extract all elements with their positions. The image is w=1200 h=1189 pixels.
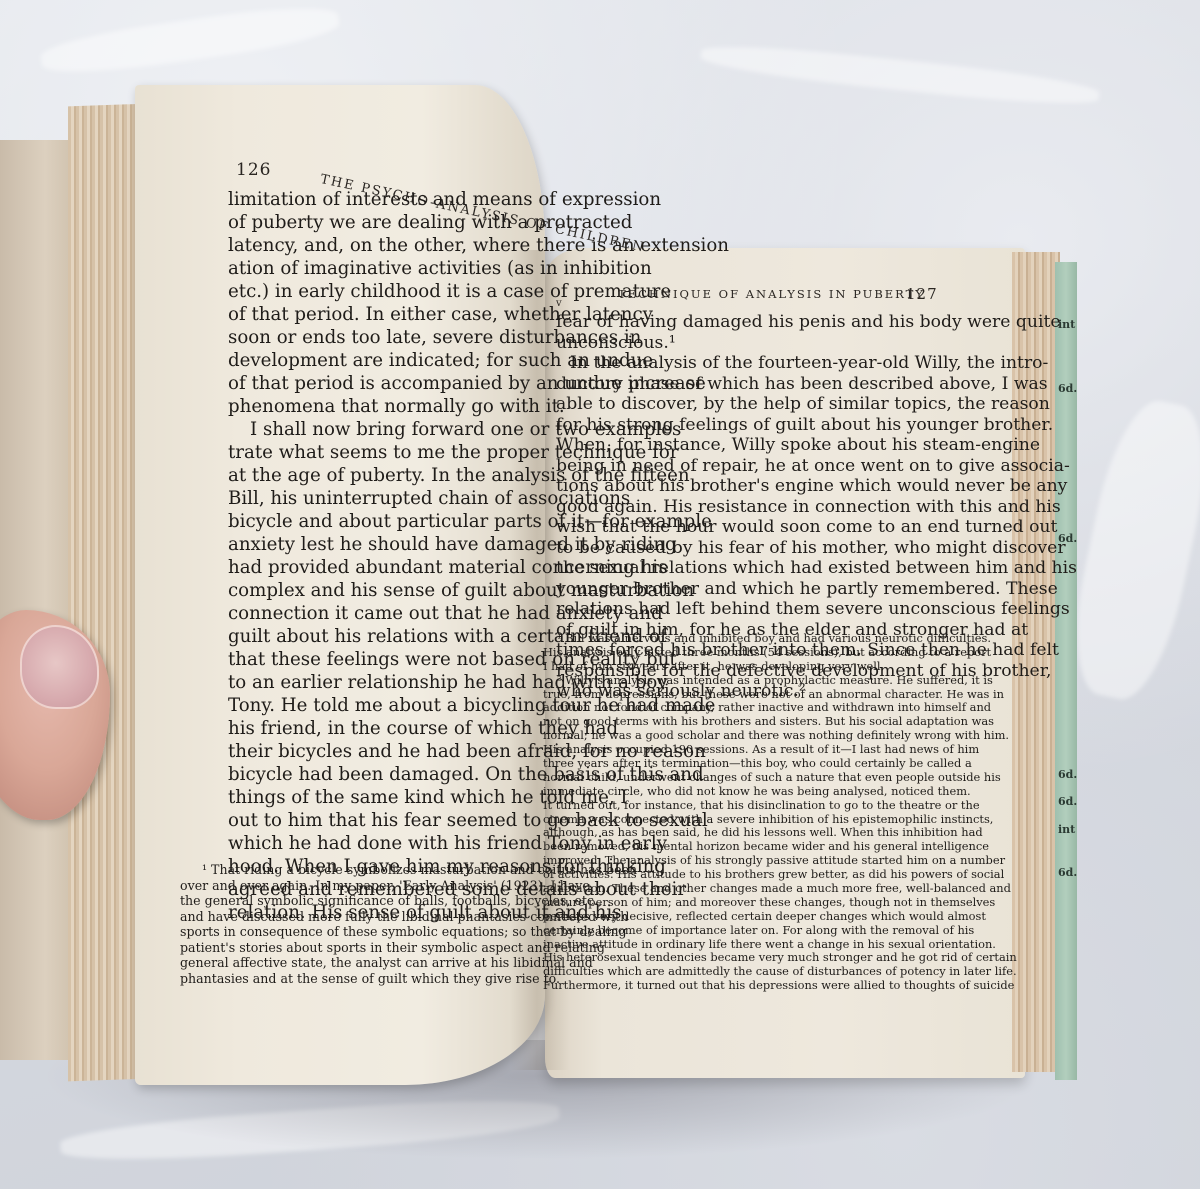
- text-line: for his strong feelings of guilt about h…: [556, 415, 1077, 436]
- footnote-line: immediate circle, who did not know he wa…: [543, 785, 1017, 799]
- cover-label: 6d.: [1058, 768, 1077, 781]
- text-line: being in need of repair, he at once went…: [556, 456, 1077, 477]
- footnote-line: ² Willy's analysis was intended as a pro…: [543, 674, 1017, 688]
- back-page-stack: [0, 140, 75, 1060]
- running-head-right: TECHNIQUE OF ANALYSIS IN PUBERTY: [618, 287, 925, 301]
- paper-crease: [1060, 393, 1200, 707]
- text-line: tions about his brother's engine which w…: [556, 476, 1077, 497]
- footnote-line: addition not fond of company, rather ina…: [543, 701, 1017, 715]
- page-number-left: 126: [236, 160, 271, 180]
- text-line: wish that the hour would soon come to an…: [556, 517, 1077, 538]
- footnote-line: mature person of him; and moreover these…: [543, 896, 1017, 910]
- paper-crease: [700, 39, 1101, 111]
- footnote-line: cinema was connected with a severe inhib…: [543, 813, 1017, 827]
- footnote-line: I had of him six years after it, he was …: [543, 660, 1017, 674]
- text-line: younger brother and which he partly reme…: [556, 579, 1077, 600]
- cover-label: int: [1058, 823, 1075, 836]
- footnote-line: inactive attitude in ordinary life there…: [543, 938, 1017, 952]
- text-line: ductory phase of which has been describe…: [556, 374, 1077, 395]
- text-line: ation of imaginative activities (as in i…: [228, 257, 729, 280]
- footnote-line: His heterosexual tendencies became very …: [543, 951, 1017, 965]
- text-line: latency, and, on the other, where there …: [228, 234, 729, 257]
- footnote-line: Furthermore, it turned out that his depr…: [543, 979, 1017, 993]
- footnote-line: perhaps very decisive, reflected certain…: [543, 910, 1017, 924]
- footnote-line: His analysis occupied 190 sessions. As a…: [543, 743, 1017, 757]
- text-line: When, for instance, Willy spoke about hi…: [556, 435, 1077, 456]
- footnote-line: normal; he was a good scholar and there …: [543, 729, 1017, 743]
- right-page-footnotes: ¹ Bill was a nervous and inhibited boy a…: [543, 632, 1017, 993]
- paper-crease: [39, 0, 342, 81]
- cover-label: 6d.: [1058, 795, 1077, 808]
- footnote-line: It turned out, for instance, that his di…: [543, 799, 1017, 813]
- footnote-line: normal child, underwent changes of such …: [543, 771, 1017, 785]
- footnote-line: difficulties which are admittedly the ca…: [543, 965, 1017, 979]
- footnote-line: certainly become of importance later on.…: [543, 924, 1017, 938]
- text-line: In the analysis of the fourteen-year-old…: [556, 353, 1077, 374]
- footnote-line: adaptation. These and other changes made…: [543, 882, 1017, 896]
- footnote-line: improved. The analysis of his strongly p…: [543, 854, 1017, 868]
- text-line: able to discover, by the help of similar…: [556, 394, 1077, 415]
- text-line: of puberty we are dealing with a protrac…: [228, 211, 729, 234]
- cover-label: 6d.: [1058, 866, 1077, 879]
- text-line: good again. His resistance in connection…: [556, 497, 1077, 518]
- page-number-right: 127: [906, 285, 938, 303]
- text-line: the sexual relations which had existed b…: [556, 558, 1077, 579]
- footnote-line: although, as has been said, he did his l…: [543, 826, 1017, 840]
- text-line: to be caused by his fear of his mother, …: [556, 538, 1077, 559]
- text-line: unconscious.¹: [556, 333, 1077, 354]
- text-line: relations had left behind them severe un…: [556, 599, 1077, 620]
- footnote-line: been removed, his mental horizon became …: [543, 840, 1017, 854]
- footnote-line: of activities. His attitude to his broth…: [543, 868, 1017, 882]
- footnote-line: three years after its termination—this b…: [543, 757, 1017, 771]
- text-line: fear of having damaged his penis and his…: [556, 312, 1077, 333]
- footnote-line: His analysis only lasted three months (5…: [543, 646, 1017, 660]
- footnote-line: ¹ Bill was a nervous and inhibited boy a…: [543, 632, 1017, 646]
- text-line: limitation of interests and means of exp…: [228, 188, 729, 211]
- footnote-line: true, from depressions, but these were n…: [543, 688, 1017, 702]
- footnote-line: not on good terms with his brothers and …: [543, 715, 1017, 729]
- chapter-marker: v: [556, 298, 564, 309]
